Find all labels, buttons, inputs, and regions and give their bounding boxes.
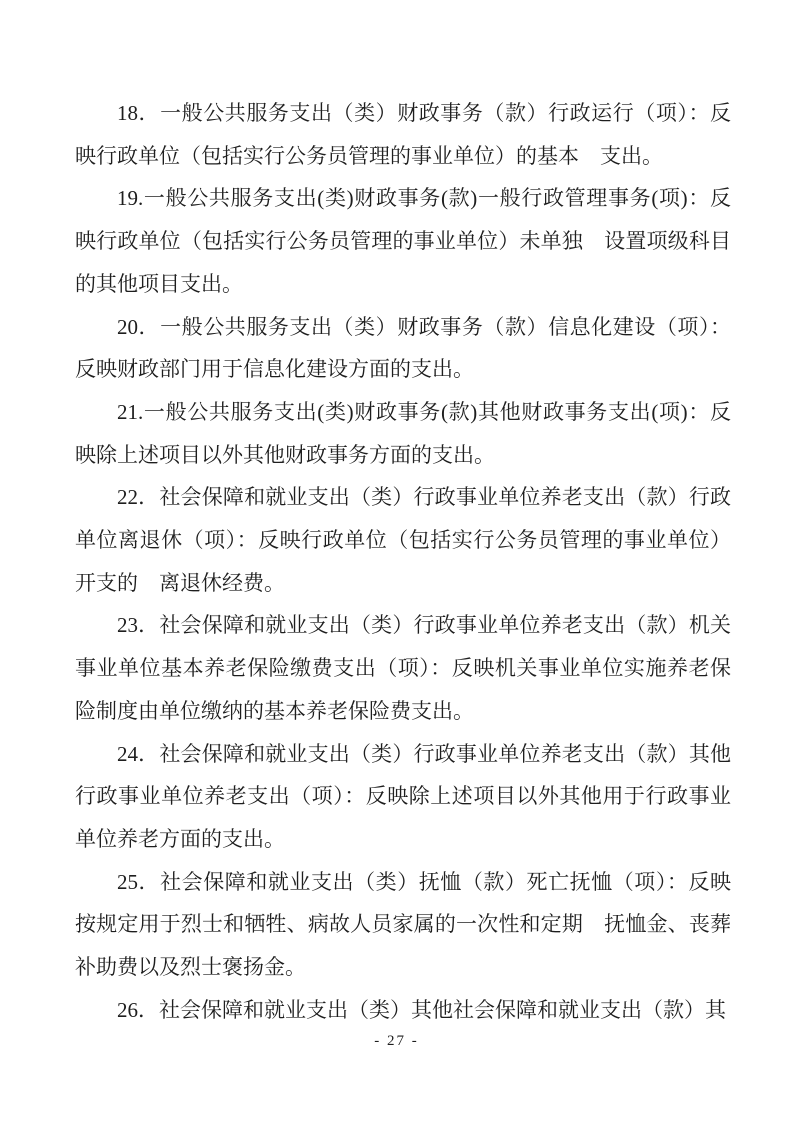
paragraph-item-23: 23．社会保障和就业支出（类）行政事业单位养老支出（款）机关事业单位基本养老保险… (75, 604, 731, 732)
paragraph-item-21: 21.一般公共服务支出(类)财政事务(款)其他财政事务支出(项)：反映除上述项目… (75, 391, 731, 476)
paragraph-item-24: 24．社会保障和就业支出（类）行政事业单位养老支出（款）其他行政事业单位养老支出… (75, 733, 731, 861)
paragraph-item-19: 19.一般公共服务支出(类)财政事务(款)一般行政管理事务(项)：反映行政单位（… (75, 177, 731, 305)
document-page: 18．一般公共服务支出（类）财政事务（款）行政运行（项）：反映行政单位（包括实行… (0, 0, 793, 1122)
paragraph-item-18: 18．一般公共服务支出（类）财政事务（款）行政运行（项）：反映行政单位（包括实行… (75, 92, 731, 177)
paragraph-item-26: 26．社会保障和就业支出（类）其他社会保障和就业支出（款）其 (75, 989, 731, 1032)
page-number: - 27 - (0, 1033, 793, 1050)
paragraph-item-20: 20．一般公共服务支出（类）财政事务（款）信息化建设（项）：反映财政部门用于信息… (75, 306, 731, 391)
document-body: 18．一般公共服务支出（类）财政事务（款）行政运行（项）：反映行政单位（包括实行… (75, 92, 731, 1031)
paragraph-item-25: 25．社会保障和就业支出（类）抚恤（款）死亡抚恤（项）：反映按规定用于烈士和牺牲… (75, 861, 731, 989)
paragraph-item-22: 22．社会保障和就业支出（类）行政事业单位养老支出（款）行政单位离退休（项）：反… (75, 476, 731, 604)
